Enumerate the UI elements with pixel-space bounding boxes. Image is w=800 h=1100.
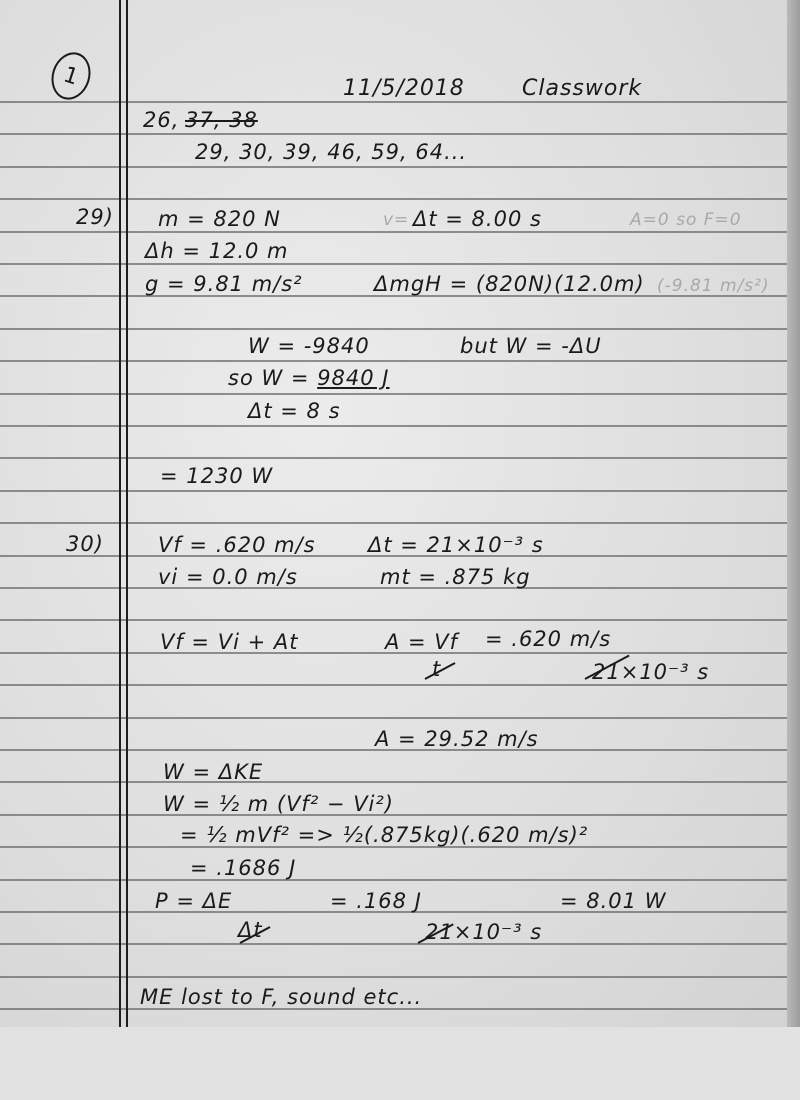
p29-delta-t: Δt = 8.00 s — [413, 207, 542, 231]
p30-w-half: W = ½ m (Vf² − Vi²) — [163, 792, 394, 816]
p30-a-result: A = 29.52 m/s — [375, 727, 539, 751]
notebook-page: 1 11/5/2018 Classwork 26, 37, 38 29, 30,… — [0, 0, 787, 1027]
p30-note: ME lost to F, sound etc... — [140, 985, 422, 1009]
assignment-struck: 37, 38 — [185, 108, 258, 132]
p29-faint-note: A=0 so F=0 — [630, 210, 742, 230]
p30-p-equation-num: P = ΔE — [155, 889, 232, 913]
scan-edge — [787, 0, 800, 1027]
p30-delta-t: Δt = 21×10⁻³ s — [368, 533, 544, 557]
p30-a-equation-den: t — [432, 657, 441, 681]
p29-gravity: g = 9.81 m/s² — [145, 272, 303, 296]
p30-w-half-2: = ½ mVf² => ½(.875kg)(.620 m/s)² — [180, 823, 588, 847]
page-number-circle: 1 — [46, 47, 97, 104]
p29-delta-h: Δh = 12.0 m — [145, 239, 289, 263]
p29-but: but W = -ΔU — [460, 334, 602, 358]
margin-line-right — [126, 0, 128, 1027]
p30-mass: mt = .875 kg — [380, 565, 531, 589]
problem-30-label: 30) — [66, 532, 104, 556]
p30-vf-equation: Vf = Vi + At — [160, 630, 298, 654]
p30-w-dke: W = ΔKE — [163, 760, 263, 784]
p30-vf: Vf = .620 m/s — [158, 533, 316, 557]
page-number: 1 — [60, 62, 81, 90]
p30-a-equation-num: A = Vf — [385, 630, 458, 654]
problem-29-label: 29) — [76, 205, 114, 229]
p29-result: = 1230 W — [160, 464, 273, 488]
p29-faint-v: v= — [383, 210, 409, 230]
p30-a-value-num: = .620 m/s — [485, 627, 611, 651]
p30-vi: vi = 0.0 m/s — [158, 565, 298, 589]
scanner-background — [0, 1027, 800, 1100]
p30-p-result: = 8.01 W — [560, 889, 666, 913]
p30-p-equation-den: Δt — [238, 918, 263, 942]
p29-faint-g: (-9.81 m/s²) — [657, 276, 770, 296]
assignment-line-2: 29, 30, 39, 46, 59, 64... — [195, 140, 467, 164]
p30-a-value-den: 21×10⁻³ s — [592, 660, 709, 684]
page-title: Classwork — [522, 76, 642, 101]
p29-work-value: 9840 J — [317, 366, 389, 390]
p30-w-value: = .1686 J — [190, 856, 296, 880]
p29-mass: m = 820 N — [158, 207, 281, 231]
p29-so-w: so W = 9840 J — [228, 366, 390, 390]
page-date: 11/5/2018 — [343, 76, 465, 101]
p29-work-negative: W = -9840 — [248, 334, 370, 358]
assignment-line-1: 26, — [143, 108, 179, 132]
p29-mgh: ΔmgH = (820N)(12.0m) — [374, 272, 645, 296]
p30-p-value-num: = .168 J — [330, 889, 422, 913]
p30-p-value-den: 21×10⁻³ s — [425, 920, 542, 944]
margin-line-left — [119, 0, 121, 1027]
p29-delta-t-2: Δt = 8 s — [248, 399, 341, 423]
